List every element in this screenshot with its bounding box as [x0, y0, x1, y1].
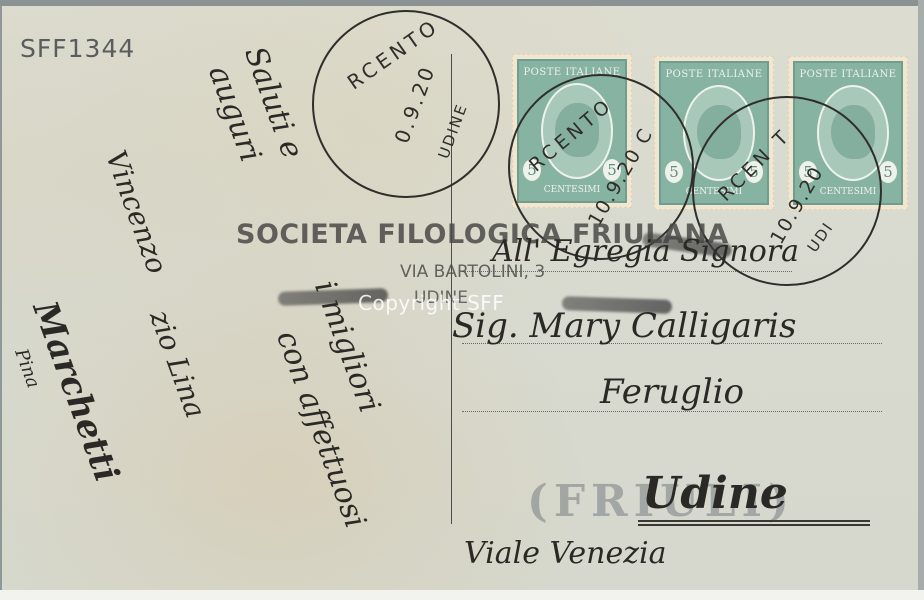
- postmark-date: 0.9.20: [390, 62, 440, 147]
- message-signature-2: zio Lina: [143, 306, 212, 422]
- recipient-surname: Feruglio: [600, 372, 744, 412]
- recipient-city: Udine: [642, 468, 788, 519]
- recipient-name: Sig. Mary Calligaris: [452, 306, 796, 346]
- city-underline-1: [638, 520, 870, 522]
- postmark-town: RCENTO: [525, 94, 618, 177]
- message-signature-1: Vincenzo: [99, 146, 174, 278]
- stamp-country: POSTE ITALIANE: [661, 69, 767, 80]
- postmark-date: 10.9.20 C: [584, 124, 658, 230]
- postmark-town: RCEN T: [714, 124, 796, 206]
- recipient-street: Viale Venezia: [464, 536, 667, 571]
- scan-frame-bottom: [0, 590, 924, 600]
- postcard: SFF1344 RCENTO 0.9.20 UDINE POSTE ITALIA…: [2, 6, 918, 590]
- archive-id: SFF1344: [20, 34, 135, 63]
- postmark-tarcento-1: RCENTO 0.9.20 UDINE: [312, 10, 500, 198]
- postmark-province: UDINE: [435, 101, 472, 161]
- scan-frame-right: [918, 0, 924, 600]
- stamp-country: POSTE ITALIANE: [795, 69, 901, 80]
- message-signature-3: Marchetti: [24, 296, 126, 487]
- stamp-value-right: 5: [879, 161, 897, 183]
- city-underline-2: [638, 524, 870, 526]
- recipient-salutation: All' Egregia Signora: [492, 234, 799, 269]
- message-signature-4: Pina: [10, 346, 43, 391]
- postmark-province: UDI: [804, 218, 838, 255]
